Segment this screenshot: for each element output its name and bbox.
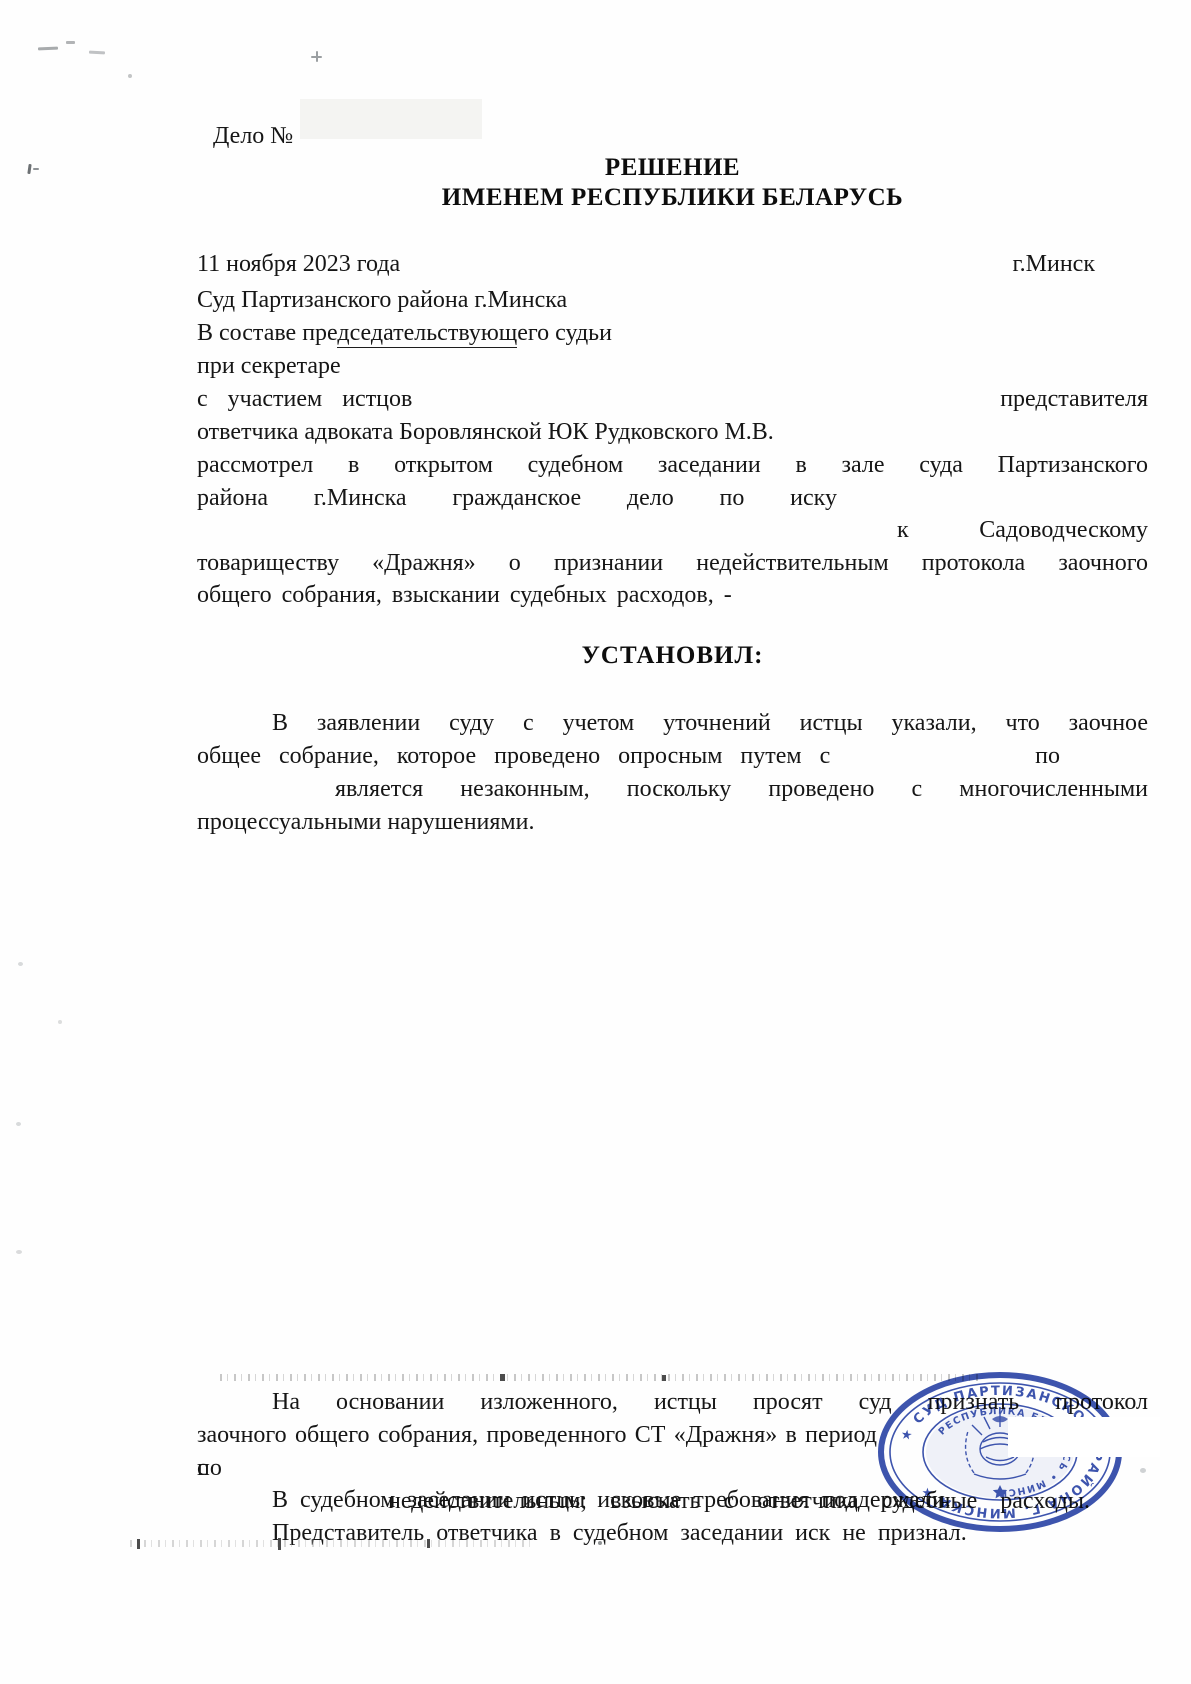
decision-city: г.Минск <box>1013 248 1095 281</box>
established-p1-line2-left: общее собрание, которое проведено опросн… <box>197 740 830 773</box>
to-whom-line: к Садоводческому <box>897 514 1148 547</box>
scan-artifact <box>58 1020 62 1024</box>
composition-post: его судьи <box>517 320 612 346</box>
cut-text-remnant-mark <box>662 1375 666 1381</box>
scan-artifact <box>18 962 23 966</box>
established-p1-line3: является незаконным, поскольку проведено… <box>197 773 1148 806</box>
scan-artifact <box>27 164 31 174</box>
established-p1-line4: процессуальными нарушениями. <box>197 806 1148 839</box>
cut-text-remnant-mark <box>500 1374 505 1381</box>
cut-text-remnant-mark <box>598 1541 602 1545</box>
scan-artifact <box>1140 1468 1146 1473</box>
claim-line-2: общего собрания, взыскании судебных расх… <box>197 579 1148 612</box>
established-p1-line2-right: по <box>1035 740 1060 773</box>
composition-underlined: дседательствующ <box>337 320 517 348</box>
court-name-line: Суд Партизанского района г.Минска <box>197 284 1148 317</box>
cut-text-remnant-mark <box>427 1539 430 1548</box>
scanned-court-decision-page: Дело № РЕШЕНИЕ ИМЕНЕМ РЕСПУБЛИКИ БЕЛАРУС… <box>0 0 1191 1684</box>
established-p1-line1: В заявлении суду с учетом уточнений истц… <box>197 707 1148 740</box>
scan-artifact <box>33 168 39 170</box>
participants-line: с участием истцов представителя <box>197 383 1148 416</box>
considered-line-1: рассмотрел в открытом судебном заседании… <box>197 449 1148 482</box>
scan-artifact <box>38 47 58 51</box>
composition-pre: В составе пре <box>197 320 337 346</box>
scan-artifact <box>66 41 75 44</box>
decision-title: РЕШЕНИЕ <box>197 153 1148 183</box>
scan-artifact <box>128 74 132 78</box>
conclusion-line-3-po: по <box>197 1455 222 1481</box>
defendant-line: ответчика адвоката Боровлянской ЮК Рудко… <box>197 416 1148 449</box>
composition-line: В составе председательствующего судьи <box>197 317 1148 350</box>
claim-line-1: товариществу «Дражня» о признании недейс… <box>197 547 1148 580</box>
scan-artifact <box>16 1250 22 1254</box>
cut-text-remnant-bottom <box>130 1540 530 1547</box>
scan-artifact <box>16 1122 21 1126</box>
cut-text-remnant-mark <box>278 1538 281 1550</box>
participants-representative: представителя <box>1000 383 1148 416</box>
in-the-name-title: ИМЕНЕМ РЕСПУБЛИКИ БЕЛАРУСЬ <box>197 183 1148 213</box>
participants-plaintiffs: с участием истцов <box>197 383 412 416</box>
redaction-box-stamp <box>1008 1417 1160 1457</box>
established-heading: УСТАНОВИЛ: <box>197 641 1148 671</box>
date-city-line: 11 ноября 2023 года г.Минск <box>197 248 1148 281</box>
scan-artifact <box>89 51 105 55</box>
cut-text-remnant-top <box>220 1374 980 1381</box>
considered-line-2: района г.Минска гражданское дело по иску <box>197 482 837 515</box>
established-p1-line2: общее собрание, которое проведено опросн… <box>197 740 1148 773</box>
cut-text-remnant-mark <box>137 1539 140 1549</box>
secretary-line: при секретаре <box>197 350 1148 383</box>
decision-date: 11 ноября 2023 года <box>197 248 400 281</box>
case-number-line: Дело № <box>213 120 1164 153</box>
scan-artifact <box>316 51 318 62</box>
to-whom-association: Садоводческому <box>979 514 1148 547</box>
to-whom-k: к <box>897 514 909 547</box>
